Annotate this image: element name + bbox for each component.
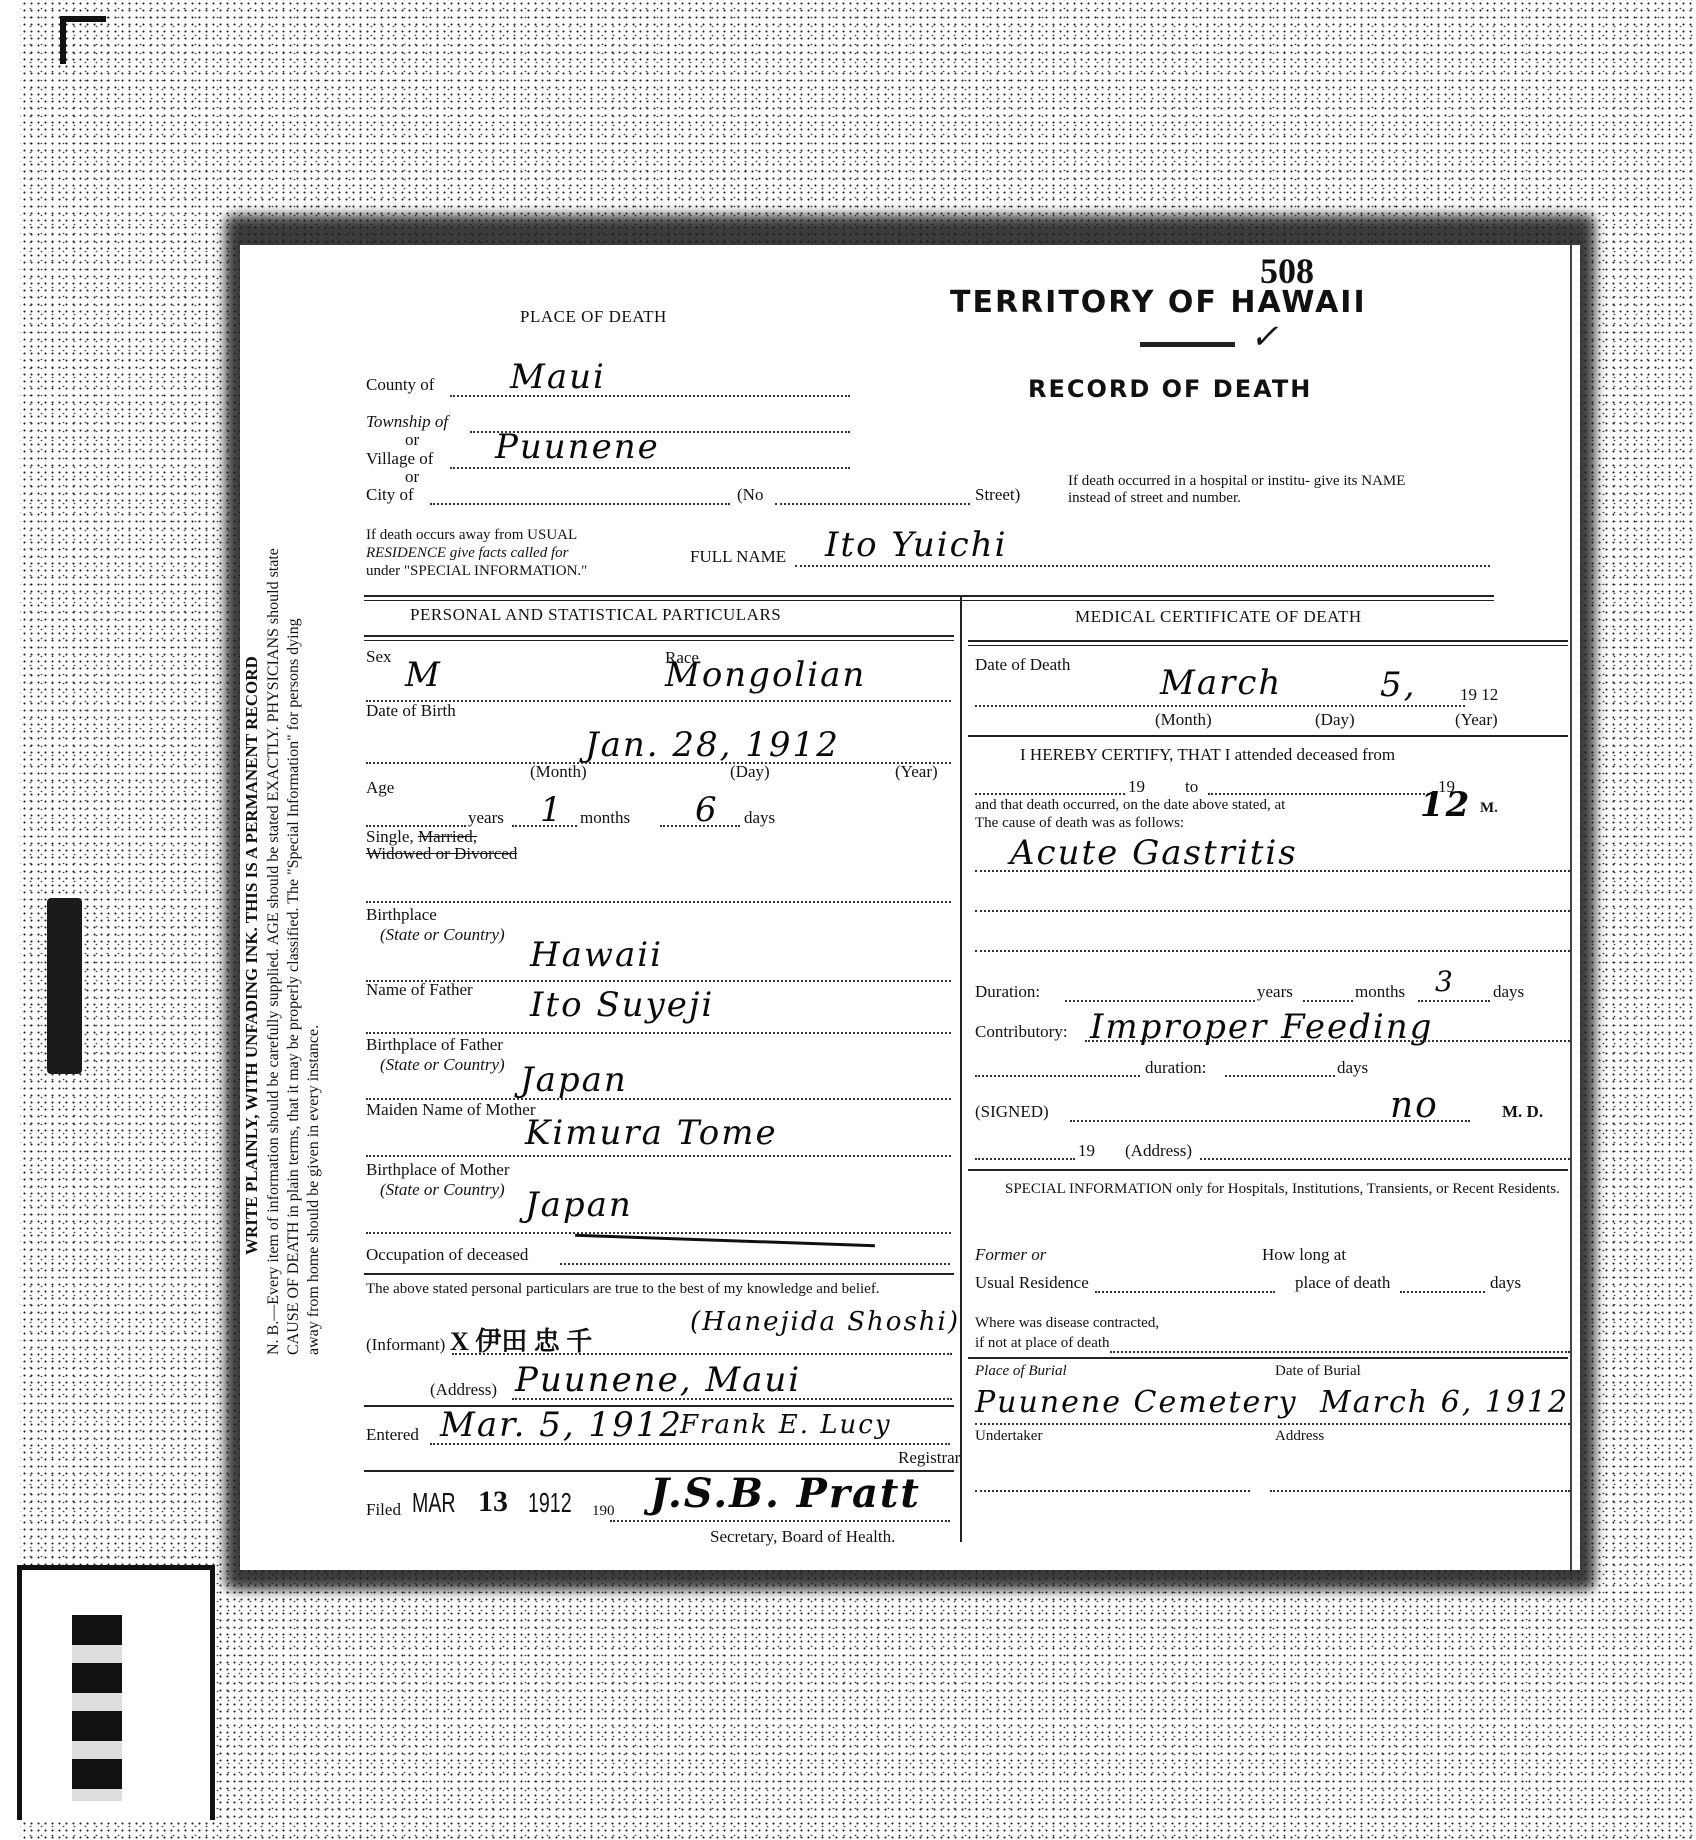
signed-date-year: 19 <box>1078 1141 1095 1161</box>
father-birthplace-value: Japan <box>520 1060 628 1100</box>
burial-date-value: March 6, 1912 <box>1320 1385 1569 1420</box>
physician-address-line <box>1200 1158 1570 1160</box>
attestation-text: The above stated personal particulars ar… <box>366 1281 951 1298</box>
calibration-bar <box>72 1615 122 1801</box>
street-label: Street) <box>975 485 1020 505</box>
age-days-value: 6 <box>695 790 719 830</box>
father-birthplace-label: Birthplace of Father <box>366 1035 503 1055</box>
hospital-note: If death occurred in a hospital or insti… <box>1068 473 1408 507</box>
special-info-heading: SPECIAL INFORMATION only for Hospitals, … <box>975 1180 1570 1199</box>
dob-month-label: (Month) <box>530 762 587 782</box>
age-days-label: days <box>744 808 775 828</box>
medical-heading: MEDICAL CERTIFICATE OF DEATH <box>1075 607 1362 627</box>
dob-line <box>366 762 951 764</box>
undertaker-address-line <box>1270 1490 1570 1492</box>
scan-margin <box>0 0 20 1840</box>
marital-line <box>366 901 951 903</box>
birthplace-label: Birthplace <box>366 905 437 925</box>
informant-address-value: Puunene, Maui <box>515 1360 801 1400</box>
contributory-label: Contributory: <box>975 1022 1068 1042</box>
township-label: Township of <box>366 412 448 432</box>
divider <box>968 735 1568 737</box>
mother-birthplace-line <box>366 1232 951 1234</box>
contributory-line <box>1085 1040 1570 1042</box>
duration-days-label: days <box>1493 982 1524 1002</box>
village-line <box>450 467 850 469</box>
divider <box>364 635 954 637</box>
place-of-death-heading: PLACE OF DEATH <box>520 307 667 327</box>
burial-date-label: Date of Burial <box>1275 1363 1361 1380</box>
dod-label: Date of Death <box>975 655 1070 675</box>
burial-line <box>975 1423 1570 1425</box>
secretary-label: Secretary, Board of Health. <box>710 1527 895 1547</box>
filed-month: MAR <box>412 1487 456 1519</box>
residence-note: If death occurs away from USUAL RESIDENC… <box>366 526 587 580</box>
age-months-label: months <box>580 808 630 828</box>
state-country-label: (State or Country) <box>380 1180 505 1200</box>
page-edge <box>1570 245 1572 1570</box>
duration-months-label: months <box>1355 982 1405 1002</box>
scan-corner-mark <box>60 16 106 64</box>
dob-value: Jan. 28, 1912 <box>585 725 840 765</box>
dob-day-label: (Day) <box>730 762 770 782</box>
city-line <box>430 503 730 505</box>
village-value: Puunene <box>495 427 660 467</box>
age-label: Age <box>366 778 394 798</box>
dob-year-label: (Year) <box>895 762 938 782</box>
occupation-value-dash <box>575 1234 875 1247</box>
informant-address-label: (Address) <box>430 1380 497 1400</box>
cause-line-2 <box>975 910 1570 912</box>
sex-label: Sex <box>366 647 392 667</box>
informant-value: (Hanejida Shoshi) <box>690 1307 960 1337</box>
full-name-line <box>795 565 1490 567</box>
physician-address-label: (Address) <box>1125 1141 1192 1161</box>
title-rule <box>1140 342 1235 347</box>
divider <box>364 595 1494 597</box>
certify-text: I HEREBY CERTIFY, THAT I attended deceas… <box>1020 745 1395 765</box>
street-line <box>775 503 970 505</box>
time-value: 12 <box>1420 785 1471 825</box>
place-of-death-label: place of death <box>1295 1273 1390 1293</box>
state-country-label: (State or Country) <box>380 1055 505 1075</box>
margin-note-ink: WRITE PLAINLY, WITH UNFADING INK. THIS I… <box>242 656 262 1255</box>
number-label: (No <box>737 485 763 505</box>
dod-day-label: (Day) <box>1315 710 1355 730</box>
divider <box>364 640 954 641</box>
usual-residence-label: Usual Residence <box>975 1273 1089 1293</box>
father-value: Ito Suyeji <box>530 985 714 1025</box>
undertaker-line <box>975 1490 1250 1492</box>
entered-line <box>430 1443 950 1445</box>
divider <box>364 600 1494 601</box>
filed-line <box>610 1520 950 1522</box>
where-contracted-line <box>1110 1351 1570 1353</box>
former-label: Former or <box>975 1245 1046 1265</box>
duration2-label: duration: <box>1145 1058 1206 1078</box>
to-label: to <box>1185 777 1198 797</box>
divider <box>968 640 1568 642</box>
dod-day: 5, <box>1380 665 1416 705</box>
mother-line <box>366 1155 951 1157</box>
usual-residence-line <box>1095 1291 1275 1293</box>
personal-heading: PERSONAL AND STATISTICAL PARTICULARS <box>410 605 781 625</box>
state-country-label: (State or Country) <box>380 925 505 945</box>
marital-widowed: Widowed or Divorced <box>366 844 517 864</box>
informant-line <box>452 1353 952 1355</box>
md-label: M. D. <box>1502 1102 1543 1122</box>
dod-line <box>975 705 1465 707</box>
undertaker-label: Undertaker <box>975 1428 1042 1445</box>
entered-value: Mar. 5, 1912 <box>440 1405 683 1445</box>
divider <box>968 1357 1568 1359</box>
divider <box>968 1169 1568 1171</box>
duration2-days-label: days <box>1337 1058 1368 1078</box>
duration-days-value: 3 <box>1435 965 1455 998</box>
from-line <box>975 793 1125 795</box>
death-record-page: WRITE PLAINLY, WITH UNFADING INK. THIS I… <box>240 245 1580 1570</box>
county-label: County of <box>366 375 434 395</box>
occurred-text: and that death occurred, on the date abo… <box>975 797 1285 814</box>
duration-label: Duration: <box>975 982 1040 1002</box>
dod-year-label: (Year) <box>1455 710 1498 730</box>
age-years-label: years <box>468 808 504 828</box>
county-value: Maui <box>510 357 606 397</box>
duration-months-line <box>1303 1000 1353 1002</box>
how-long-label: How long at <box>1262 1245 1346 1265</box>
place-of-death-days-label: days <box>1490 1273 1521 1293</box>
divider <box>364 1273 954 1275</box>
duration-years-label: years <box>1257 982 1293 1002</box>
full-name-label: FULL NAME <box>690 547 786 567</box>
cause-value: Acute Gastritis <box>1010 833 1298 873</box>
informant-address-line <box>512 1398 952 1400</box>
registrar-signature: Frank E. Lucy <box>680 1410 892 1440</box>
dod-month-label: (Month) <box>1155 710 1212 730</box>
informant-label: (Informant) <box>366 1335 445 1355</box>
mother-birthplace-label: Birthplace of Mother <box>366 1160 510 1180</box>
calibration-card <box>17 1565 215 1820</box>
or-label: or <box>405 467 419 487</box>
occupation-label: Occupation of deceased <box>366 1245 528 1265</box>
dod-year: 19 12 <box>1460 685 1498 705</box>
time-suffix: M. <box>1480 800 1498 817</box>
sex-value: M <box>405 655 442 695</box>
or-label: or <box>405 430 419 450</box>
signed-date-line <box>975 1158 1075 1160</box>
mother-value: Kimura Tome <box>525 1113 778 1153</box>
margin-note-cause: CAUSE OF DEATH in plain terms, that it m… <box>285 618 303 1355</box>
father-label: Name of Father <box>366 980 473 1000</box>
filed-label: Filed <box>366 1500 401 1520</box>
signed-label: (SIGNED) <box>975 1102 1049 1122</box>
dob-label: Date of Birth <box>366 701 456 721</box>
village-label: Village of <box>366 449 433 469</box>
entered-label: Entered <box>366 1425 419 1445</box>
duration2-days-line <box>1225 1075 1335 1077</box>
document-title: TERRITORY OF HAWAII <box>950 285 1367 320</box>
age-months-value: 1 <box>540 790 564 830</box>
filed-suffix: 190 <box>592 1503 615 1520</box>
burial-place-value: Puunene Cemetery <box>975 1385 1298 1420</box>
where-contracted-label: Where was disease contracted, <box>975 1315 1159 1332</box>
signed-value: no <box>1390 1085 1439 1126</box>
birthplace-value: Hawaii <box>530 935 663 975</box>
to-line <box>1208 793 1433 795</box>
city-label: City of <box>366 485 414 505</box>
check-mark: ✓ <box>1250 317 1279 357</box>
binder-tab <box>47 898 82 1074</box>
cause-line-3 <box>975 950 1570 952</box>
duration2-line <box>975 1075 1140 1077</box>
cause-label: The cause of death was as follows: <box>975 815 1184 832</box>
divider <box>968 645 1568 646</box>
registrar-label: Registrar <box>898 1448 960 1468</box>
from-year: 19 <box>1128 777 1145 797</box>
occupation-line <box>560 1263 950 1265</box>
full-name-value: Ito Yuichi <box>825 525 1007 565</box>
duration-years-line <box>1065 1000 1255 1002</box>
margin-note-away: away from home should be given in every … <box>305 1025 323 1355</box>
column-divider <box>960 597 962 1542</box>
dod-month: March <box>1160 663 1282 703</box>
mother-label: Maiden Name of Mother <box>366 1100 535 1120</box>
burial-place-label: Place of Burial <box>975 1363 1067 1380</box>
race-value: Mongolian <box>665 655 866 695</box>
cause-line-1 <box>975 870 1570 872</box>
secretary-signature: J.S.B. Pratt <box>650 1470 921 1517</box>
duration-days-line <box>1418 1000 1490 1002</box>
document-subtitle: RECORD OF DEATH <box>1028 375 1312 403</box>
where-contracted-label-2: if not at place of death <box>975 1335 1110 1352</box>
filed-year: 1912 <box>528 1487 572 1519</box>
place-of-death-line <box>1400 1291 1485 1293</box>
father-line <box>366 1032 951 1034</box>
margin-note-nb: N. B.—Every item of information should b… <box>265 548 283 1355</box>
filed-day: 13 <box>478 1485 508 1519</box>
undertaker-address-label: Address <box>1275 1428 1324 1445</box>
mother-birthplace-value: Japan <box>525 1185 633 1225</box>
